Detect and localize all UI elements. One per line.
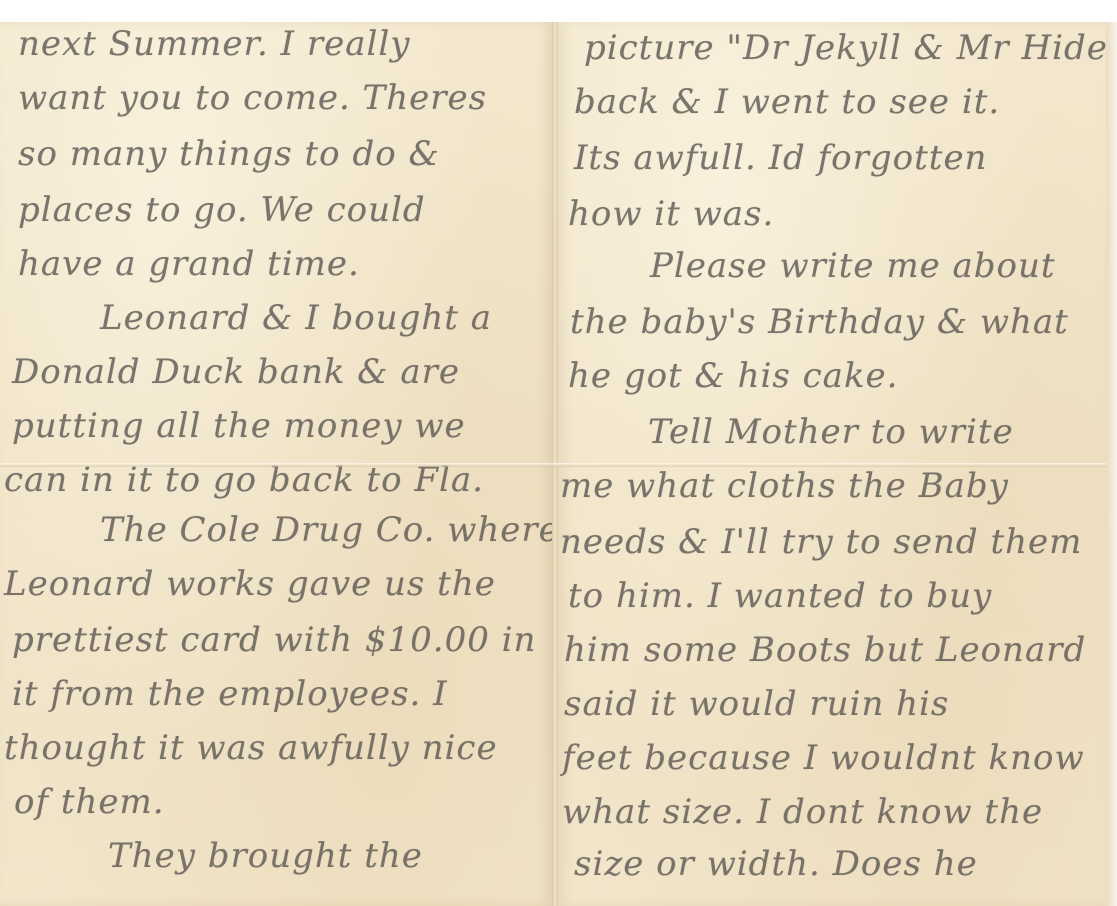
handwritten-line: Donald Duck bank & are <box>12 352 460 392</box>
letter-scan: next Summer. I really want you to come. … <box>0 0 1117 906</box>
handwritten-line: They brought the <box>108 836 423 876</box>
handwritten-line: to him. I wanted to buy <box>568 576 992 616</box>
handwritten-line: Its awfull. Id forgotten <box>574 138 987 178</box>
paper-edge <box>1106 22 1117 906</box>
handwritten-line: Tell Mother to write <box>648 412 1014 452</box>
handwritten-line: The Cole Drug Co. where <box>100 510 552 550</box>
handwritten-line: putting all the money we <box>12 406 466 446</box>
handwritten-line: so many things to do & <box>18 134 440 174</box>
handwritten-line: what size. I dont know the <box>562 792 1043 832</box>
handwritten-line: have a grand time. <box>18 244 360 284</box>
handwritten-line: want you to come. Theres <box>18 78 487 118</box>
handwritten-line: said it would ruin his <box>564 684 949 724</box>
handwritten-line: the baby's Birthday & what <box>570 302 1069 342</box>
handwritten-line: thought it was awfully nice <box>4 728 498 768</box>
handwritten-line: Leonard & I bought a <box>100 298 492 338</box>
handwritten-line: size or width. Does he <box>574 844 978 884</box>
handwritten-line: he got & his cake. <box>568 356 898 396</box>
handwritten-line: him some Boots but Leonard <box>564 630 1086 670</box>
handwritten-line: Leonard works gave us the <box>4 564 496 604</box>
handwritten-line: places to go. We could <box>18 190 426 230</box>
handwritten-line: of them. <box>14 782 165 822</box>
handwritten-line: needs & I'll try to send them <box>560 522 1082 562</box>
handwritten-line: back & I went to see it. <box>574 82 1000 122</box>
handwritten-line: Please write me about <box>650 246 1056 286</box>
handwritten-line: feet because I wouldnt know <box>562 738 1085 778</box>
handwritten-line: picture "Dr Jekyll & Mr Hide" <box>584 28 1106 68</box>
handwritten-line: next Summer. I really <box>18 24 410 64</box>
handwritten-line: it from the employees. I <box>12 674 448 714</box>
handwritten-line: me what cloths the Baby <box>560 466 1009 506</box>
horizontal-fold-crease <box>0 463 1106 467</box>
handwritten-line: how it was. <box>568 194 774 234</box>
handwritten-line: prettiest card with $10.00 in <box>12 620 536 660</box>
